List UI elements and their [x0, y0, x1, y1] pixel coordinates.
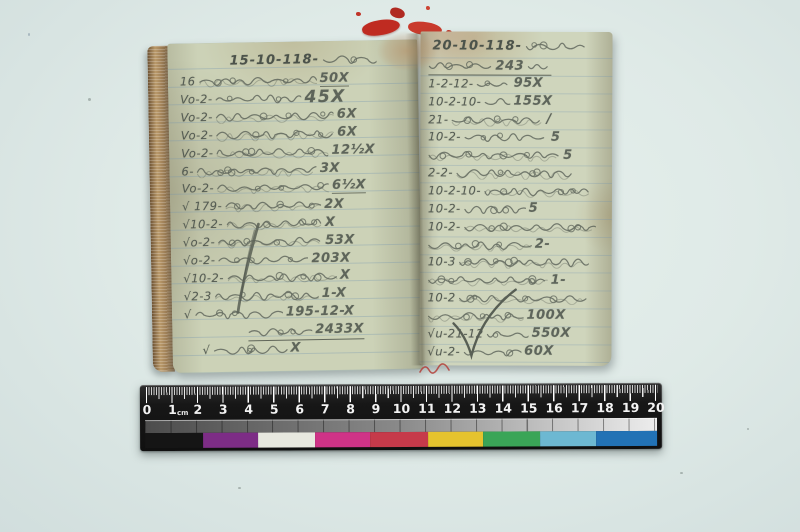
handwriting-squiggle: [216, 108, 334, 124]
line-prefix: 16: [180, 74, 196, 88]
handwriting-squiggle: [525, 39, 587, 53]
line-value: 6½X: [332, 178, 366, 195]
ruler-number: 6: [295, 401, 304, 416]
handwriting-squiggle: [464, 201, 526, 215]
line-prefix: √10-2-: [182, 217, 223, 232]
ruler-number: 3: [219, 402, 228, 417]
line-value: 6X: [337, 107, 357, 122]
line-value: 5: [529, 201, 539, 216]
calibration-patch-red: [370, 432, 428, 447]
calibration-patch-green: [483, 431, 540, 446]
handwritten-line: 2433X: [248, 321, 364, 341]
ruler: 01234567891011121314151617181920 cm: [140, 383, 662, 451]
line-prefix: Vo-2-: [180, 110, 213, 125]
handwritten-line: √o-2-53X: [183, 232, 355, 251]
line-value: 155X: [513, 94, 552, 109]
line-prefix: 10-2-: [428, 219, 461, 233]
right-page-header: 20-10-118-: [432, 37, 587, 54]
handwritten-line: √u-21-12550X: [427, 325, 570, 342]
handwriting-squiggle: [464, 219, 596, 233]
line-value: /: [547, 112, 552, 127]
handwritten-line: √u-2-60X: [427, 343, 553, 359]
ruler-number: 5: [270, 402, 279, 417]
line-prefix: √o-2-: [183, 235, 216, 250]
line-value: X: [325, 214, 336, 229]
handwritten-line: Vo-2-6X: [180, 106, 357, 125]
handwritten-line: √2-31-X: [184, 285, 347, 304]
red-seal-blob: [389, 6, 406, 20]
line-value: 3X: [320, 161, 340, 176]
header-date: 20-10-118-: [432, 38, 522, 53]
handwritten-line: 10-2-5: [428, 129, 560, 145]
handwritten-line: 1-: [428, 272, 567, 288]
ruler-number: 19: [622, 400, 639, 415]
handwritten-line: √10-2-X: [182, 214, 335, 233]
line-prefix: √u-21-12: [427, 326, 483, 340]
line-value: 12½X: [331, 142, 375, 158]
handwritten-line: 2-: [428, 236, 551, 252]
handwriting-squiggle: [452, 112, 544, 126]
handwritten-line: 10-2-: [428, 218, 596, 235]
dust-speck: [680, 472, 683, 474]
calibration-patch-magenta: [315, 432, 370, 447]
handwriting-squiggle: [218, 233, 322, 249]
handwritten-line: 10-2-10-: [428, 182, 590, 199]
ruler-number: 10: [393, 401, 410, 416]
ruler-number: 7: [321, 401, 330, 416]
ruler-number: 16: [545, 400, 562, 415]
dust-speck: [88, 98, 91, 101]
dust-speck: [28, 33, 30, 36]
handwriting-squiggle: [428, 237, 532, 251]
handwriting-squiggle: [527, 59, 551, 73]
handwriting-squiggle: [213, 341, 287, 356]
photo-background: 15-10-118- 1650XVo-2-45XVo-2-6XVo-2-6XVo…: [0, 0, 800, 532]
line-prefix: √: [202, 343, 210, 357]
handwriting-squiggle: [225, 197, 321, 213]
handwriting-squiggle: [248, 323, 312, 338]
line-prefix: √: [184, 307, 192, 321]
line-prefix: 1-2-12-: [428, 76, 473, 90]
handwriting-squiggle: [477, 76, 511, 90]
handwriting-squiggle: [227, 269, 337, 285]
handwritten-line: 6-3X: [181, 160, 340, 179]
line-value: 5: [563, 148, 573, 163]
red-seal-speck: [356, 12, 361, 16]
ruler-number: 15: [520, 400, 537, 415]
ruler-number: 1: [168, 402, 177, 417]
ruler-number: 11: [418, 401, 435, 416]
line-prefix: Vo-2-: [181, 146, 214, 161]
handwritten-line: √10-2-X: [183, 267, 350, 286]
line-value: 1-X: [322, 286, 347, 301]
line-prefix: Vo-2-: [181, 128, 214, 143]
line-prefix: 2-2-: [428, 165, 453, 179]
ruler-unit-label: cm: [177, 409, 188, 417]
handwriting-squiggle: [456, 166, 574, 180]
line-value: X: [340, 268, 351, 283]
line-prefix: √ 179-: [182, 199, 222, 214]
handwritten-line: Vo-2-45X: [180, 88, 346, 107]
handwritten-line: 243: [428, 57, 551, 75]
line-prefix: 6-: [181, 164, 194, 178]
right-page: 20-10-118- 2431-2-12-95X10-2-10-155X21-/…: [419, 31, 612, 366]
ruler-number: 17: [571, 400, 588, 415]
dust-speck: [238, 487, 241, 489]
handwriting-squiggle: [215, 287, 319, 303]
handwritten-line: 5: [428, 147, 573, 164]
calibration-patch-black: [145, 433, 203, 448]
handwriting-squiggle: [198, 72, 316, 88]
tan-stain: [368, 30, 446, 82]
red-scribble: [418, 360, 452, 378]
ruler-number: 4: [244, 402, 253, 417]
handwriting-squiggle: [218, 251, 308, 267]
left-page-header: 15-10-118-: [229, 50, 376, 69]
line-value: 95X: [514, 76, 544, 91]
line-prefix: Vo-2-: [182, 181, 215, 196]
calibration-patch-yellow: [428, 432, 483, 447]
handwritten-line: 10-3: [428, 254, 589, 271]
ruler-number: 18: [596, 400, 613, 415]
dust-speck: [747, 428, 749, 430]
handwriting-squiggle: [463, 344, 521, 358]
line-value: 2433X: [315, 321, 364, 337]
line-prefix: 10-2-: [428, 201, 461, 215]
handwritten-line: Vo-2-12½X: [181, 142, 375, 161]
line-value: 53X: [325, 232, 355, 248]
handwriting-squiggle: [428, 308, 524, 322]
line-value: 243: [495, 58, 524, 73]
line-value: 6X: [337, 125, 357, 140]
line-prefix: 10-2-10-: [428, 183, 481, 197]
handwriting-squiggle: [226, 215, 322, 231]
notebook: 15-10-118- 1650XVo-2-45XVo-2-6XVo-2-6XVo…: [147, 24, 615, 376]
line-value: 203X: [311, 250, 350, 266]
ruler-number: 13: [469, 401, 486, 416]
line-prefix: √o-2-: [183, 253, 216, 268]
line-value: 195-12-X: [286, 304, 355, 320]
ruler-number: 9: [372, 401, 381, 416]
line-value: 2-: [535, 237, 551, 252]
line-prefix: 10-2-: [428, 130, 461, 144]
handwriting-squiggle: [215, 90, 301, 105]
ruler-number: 2: [193, 402, 202, 417]
color-calibration-bar: [145, 431, 657, 448]
line-value: 1-: [551, 272, 567, 287]
calibration-patch-off-white: [258, 432, 315, 447]
handwritten-line: 100X: [428, 307, 566, 323]
line-value: X: [290, 340, 301, 355]
line-value: 5: [551, 130, 561, 145]
line-prefix: 10-2-10-: [428, 94, 481, 108]
handwritten-line: √195-12-X: [184, 303, 355, 322]
ruler-number: 12: [444, 401, 461, 416]
red-seal-speck: [426, 6, 430, 10]
handwritten-line: 10-2-5: [428, 200, 538, 216]
handwriting-squiggle: [459, 291, 587, 305]
line-value: 2X: [324, 196, 344, 211]
line-prefix: Vo-2-: [180, 92, 213, 107]
handwriting-squiggle: [459, 255, 589, 269]
line-prefix: 21-: [428, 112, 448, 126]
calibration-patch-purple: [203, 433, 258, 448]
handwriting-squiggle: [428, 273, 548, 287]
handwriting-squiggle: [428, 148, 560, 162]
handwriting-squiggle: [484, 94, 510, 108]
ruler-number: 14: [495, 401, 512, 416]
ruler-number: 20: [647, 400, 664, 415]
calibration-patch-light-blue: [540, 431, 596, 446]
handwriting-squiggle: [484, 184, 590, 198]
handwriting-squiggle: [464, 130, 548, 144]
handwriting-squiggle: [197, 162, 317, 178]
handwriting-squiggle: [487, 326, 529, 340]
handwritten-line: √X: [202, 340, 301, 358]
handwritten-line: √o-2-203X: [183, 250, 351, 269]
ruler-number: 8: [346, 401, 355, 416]
line-value: 100X: [527, 308, 566, 323]
handwriting-squiggle: [216, 125, 334, 141]
handwritten-line: 10-2-10-155X: [428, 93, 552, 109]
handwritten-line: 1-2-12-95X: [428, 75, 543, 91]
ruler-number: 0: [143, 402, 152, 417]
line-value: 550X: [532, 326, 571, 341]
handwritten-line: Vo-2-6½X: [182, 178, 367, 197]
handwritten-line: 10-2: [428, 289, 587, 306]
line-value: 60X: [524, 344, 554, 359]
handwriting-squiggle: [195, 305, 283, 321]
line-prefix: √2-3: [184, 289, 212, 303]
line-prefix: √10-2-: [183, 271, 224, 286]
header-date: 15-10-118-: [229, 52, 319, 69]
line-value: 45X: [304, 86, 346, 107]
handwritten-line: 2-2-: [428, 164, 574, 181]
handwriting-squiggle: [216, 144, 328, 160]
handwriting-squiggle: [217, 179, 329, 195]
calibration-patch-blue: [596, 431, 657, 446]
left-page: 15-10-118- 1650XVo-2-45XVo-2-6XVo-2-6XVo…: [167, 39, 423, 373]
line-value: 50X: [319, 71, 349, 88]
handwritten-line: Vo-2-6X: [181, 124, 358, 143]
handwritten-line: 21-/: [428, 111, 552, 127]
handwritten-line: √ 179-2X: [182, 196, 344, 215]
